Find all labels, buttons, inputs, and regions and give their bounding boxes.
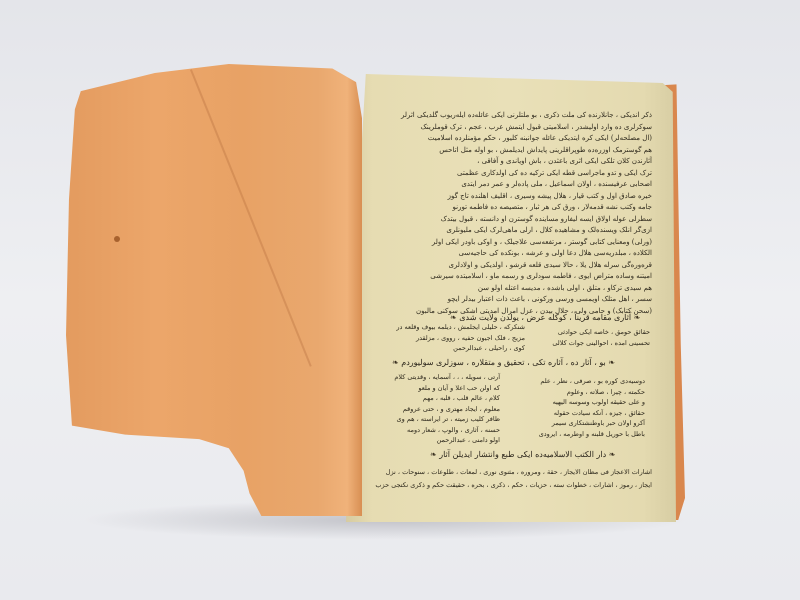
list-1-right: حقائق حومق ، خاصه ایکی حوادثی تحسینی امد…	[530, 327, 650, 348]
body-line: سطرلی عوله اولاق ایسه لیفارو مساینده گوس…	[370, 214, 652, 226]
list-2-left: آرتی ، سویله ، ، ، آسمایه ، وقدیتی کلام …	[380, 372, 500, 446]
footer-line: ایجاز ، رموز ، اشارات ، خطوات سته ، حزیا…	[372, 481, 652, 489]
body-line: امیتنه وساده متراض ایوی ، فاطمه سودلری و…	[370, 271, 652, 283]
section-heading-3: ❧ دار الکتب الاسلامیه‌ده ایکی طبع وانتشا…	[430, 450, 615, 459]
body-line: جامه وکتب نشه قدمه‌لار ، ورق کی هر ثبار …	[370, 202, 652, 214]
body-line: الکلاده ، مبلدریه‌سی هلال دعا اولی و عرش…	[370, 248, 652, 260]
body-line: ذکر اندیکی ، جانلارنده کی ملت ذکری ، بو …	[370, 110, 652, 122]
photo-scene: ذکر اندیکی ، جانلارنده کی ملت ذکری ، بو …	[0, 0, 800, 600]
list-1-left: شنکرکه ، حلیلی ایجلمش ، دیلمه بیوف وقلعه…	[395, 322, 525, 354]
body-line: اصحابی عرفیسنده ، اولان اسماعیل ، ملی پا…	[370, 179, 652, 191]
footer-line: اشارات الاعجاز فی مظان الایجاز ، حقة ، و…	[372, 468, 652, 476]
body-line: (ال مصلحه‌لر) ایکی کره ایتدیکی عائله جوا…	[370, 133, 652, 145]
section-heading-1: ❧ آثاری مقامه قریناً ، کوکله عرض ، یولدن…	[450, 313, 640, 322]
body-line: سوکرلری ده وارد اولیشدر ، اسلامیتی قبول …	[370, 122, 652, 134]
body-line: قره‌وره‌گی سرله هلال یلا ، حالا سیدی قلع…	[370, 260, 652, 272]
body-line: ازی‌گر انلک ویسنده‌لک و مشاهیده کلال ، ا…	[370, 225, 652, 237]
body-line: سسر ، اهل متلک اویمسی ورسی ورکونی ، باعث…	[370, 294, 652, 306]
ornament-icon: ❧	[430, 450, 437, 459]
body-line: (ورلی) ومعنایی کتابی گوستر ، مرتفعه‌سی ع…	[370, 237, 652, 249]
right-page-body-text: ذکر اندیکی ، جانلارنده کی ملت ذکری ، بو …	[370, 110, 652, 317]
ornament-icon: ❧	[608, 358, 615, 367]
body-line: هم سیدی ترکاو ، متلق ، اولی باشده ، مدیس…	[370, 283, 652, 295]
body-line: آثارندن کلان تلکی ایکی اثری باعثدن ، باش…	[370, 156, 652, 168]
ornament-icon: ❧	[450, 313, 457, 322]
body-line: ترک ایکی و تدو ماجراسی قطه ایکی ترکیه ده…	[370, 168, 652, 180]
ornament-icon: ❧	[392, 358, 399, 367]
ornament-icon: ❧	[634, 313, 641, 322]
stain-spot	[114, 236, 120, 242]
section-heading-2: ❧ بو ، آثار ده ، آثاره تکی ، تحقیق و متق…	[392, 358, 615, 367]
body-line: هم گوسترمک اوزره‌ده طوپراقلرینی پایداش ا…	[370, 145, 652, 157]
body-line: خیره صادق اول و کتب قیار ، هلال پیشه وسی…	[370, 191, 652, 203]
list-2-right: دوسیه‌دی کوره بو ، صرفی ، نظر ، علم حکمت…	[505, 376, 645, 439]
ornament-icon: ❧	[609, 450, 616, 459]
